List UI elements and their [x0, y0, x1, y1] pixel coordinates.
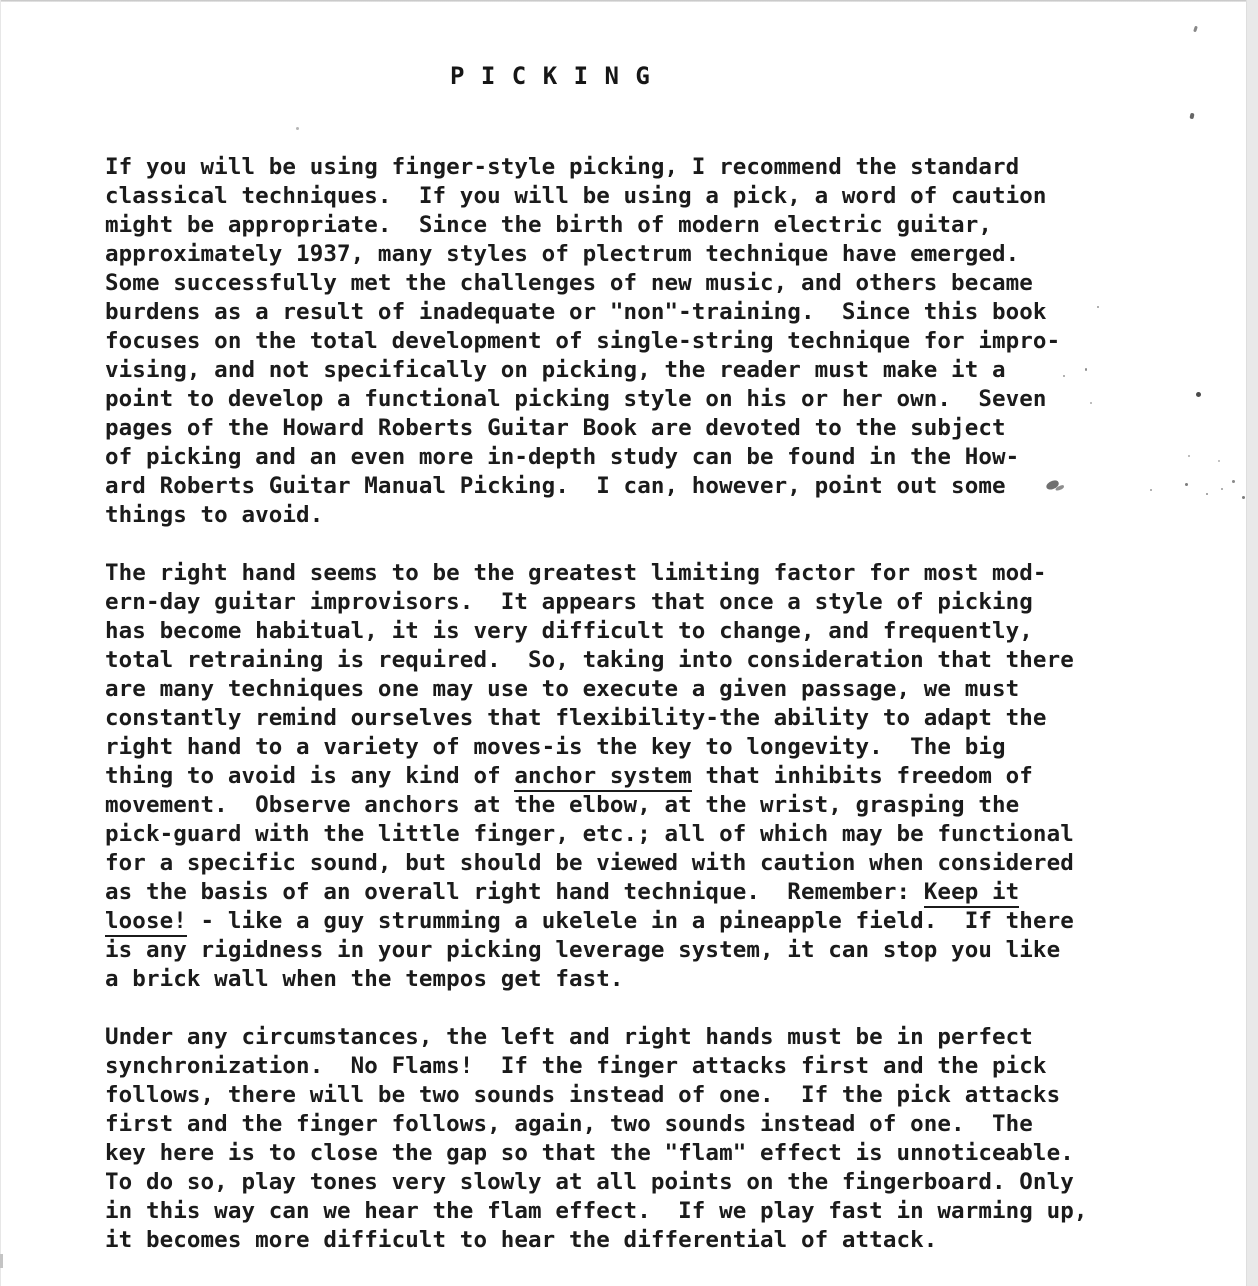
text-segment: follows, there will be two sounds instea…	[105, 1082, 1060, 1108]
text-line: it becomes more difficult to hear the di…	[105, 1226, 1165, 1255]
text-line: vising, and not specifically on picking,…	[105, 356, 1165, 385]
text-segment: ard Roberts Guitar Manual Picking. I can…	[105, 473, 1006, 499]
text-segment: it becomes more difficult to hear the di…	[105, 1227, 937, 1253]
document-body: If you will be using finger-style pickin…	[105, 153, 1165, 1284]
text-segment: might be appropriate. Since the birth of…	[105, 212, 992, 238]
text-segment: right hand to a variety of moves-is the …	[105, 734, 1006, 760]
text-line: might be appropriate. Since the birth of…	[105, 211, 1165, 240]
scan-speck	[1221, 488, 1223, 490]
text-segment: pick-guard with the little finger, etc.;…	[105, 821, 1074, 847]
text-segment: total retraining is required. So, taking…	[105, 647, 1074, 673]
text-line: loose! - like a guy strumming a ukelele …	[105, 907, 1165, 936]
scan-speck	[1090, 402, 1092, 404]
paragraph: If you will be using finger-style pickin…	[105, 153, 1165, 530]
scan-speck	[1063, 375, 1065, 377]
text-segment: Under any circumstances, the left and ri…	[105, 1024, 1033, 1050]
text-line: of picking and an even more in-depth stu…	[105, 443, 1165, 472]
text-segment: key here is to close the gap so that the…	[105, 1140, 1074, 1166]
text-line: movement. Observe anchors at the elbow, …	[105, 791, 1165, 820]
scan-speck	[1185, 483, 1188, 486]
paragraph: Under any circumstances, the left and ri…	[105, 1023, 1165, 1255]
text-line: pick-guard with the little finger, etc.;…	[105, 820, 1165, 849]
text-segment: classical techniques. If you will be usi…	[105, 183, 1047, 209]
text-segment: things to avoid.	[105, 502, 323, 528]
text-line: point to develop a functional picking st…	[105, 385, 1165, 414]
scan-corner-mark	[0, 1254, 3, 1268]
text-segment: for a specific sound, but should be view…	[105, 850, 1074, 876]
text-segment: To do so, play tones very slowly at all …	[105, 1169, 1074, 1195]
text-segment: Some successfully met the challenges of …	[105, 270, 1033, 296]
text-line: If you will be using finger-style pickin…	[105, 153, 1165, 182]
text-segment: If you will be using finger-style pickin…	[105, 154, 1019, 180]
text-line: Under any circumstances, the left and ri…	[105, 1023, 1165, 1052]
text-segment: vising, and not specifically on picking,…	[105, 357, 1006, 383]
text-segment: The right hand seems to be the greatest …	[105, 560, 1047, 586]
scan-speck	[1232, 480, 1235, 483]
text-segment: has become habitual, it is very difficul…	[105, 618, 1033, 644]
text-segment: ern-day guitar improvisors. It appears t…	[105, 589, 1033, 615]
scan-speck	[1085, 368, 1087, 371]
text-line: right hand to a variety of moves-is the …	[105, 733, 1165, 762]
scan-speck	[1097, 306, 1099, 308]
paragraph: The right hand seems to be the greatest …	[105, 559, 1165, 994]
scanned-document-page: P I C K I N G If you will be using finge…	[0, 0, 1258, 1286]
scan-speck	[1150, 489, 1152, 491]
text-line: has become habitual, it is very difficul…	[105, 617, 1165, 646]
text-line: The right hand seems to be the greatest …	[105, 559, 1165, 588]
scan-speck	[1188, 455, 1190, 457]
scan-speck	[1196, 392, 1201, 397]
text-segment: - like a guy strumming a ukelele in a pi…	[187, 908, 1074, 934]
text-segment: as the basis of an overall right hand te…	[105, 879, 924, 905]
underlined-text: Keep it	[924, 879, 1020, 908]
text-segment: in this way can we hear the flam effect.…	[105, 1198, 1088, 1224]
text-line: ern-day guitar improvisors. It appears t…	[105, 588, 1165, 617]
page-title: P I C K I N G	[450, 62, 651, 90]
text-segment: movement. Observe anchors at the elbow, …	[105, 792, 1019, 818]
text-line: ard Roberts Guitar Manual Picking. I can…	[105, 472, 1165, 501]
text-line: focuses on the total development of sing…	[105, 327, 1165, 356]
scan-right-edge	[1246, 0, 1258, 1286]
scan-speck	[1193, 26, 1198, 33]
text-line: first and the finger follows, again, two…	[105, 1110, 1165, 1139]
text-line: constantly remind ourselves that flexibi…	[105, 704, 1165, 733]
text-line: approximately 1937, many styles of plect…	[105, 240, 1165, 269]
text-segment: are many techniques one may use to execu…	[105, 676, 1019, 702]
scan-speck	[296, 127, 299, 130]
text-segment: that inhibits freedom of	[692, 763, 1033, 789]
scan-speck	[1242, 496, 1245, 499]
text-line: things to avoid.	[105, 501, 1165, 530]
scan-speck	[1206, 493, 1208, 495]
text-line: a brick wall when the tempos get fast.	[105, 965, 1165, 994]
text-line: are many techniques one may use to execu…	[105, 675, 1165, 704]
text-segment: burdens as a result of inadequate or "no…	[105, 299, 1047, 325]
text-segment: thing to avoid is any kind of	[105, 763, 514, 789]
text-line: is any rigidness in your picking leverag…	[105, 936, 1165, 965]
text-line: Some successfully met the challenges of …	[105, 269, 1165, 298]
text-segment: approximately 1937, many styles of plect…	[105, 241, 1019, 267]
scan-speck	[1189, 113, 1194, 120]
text-line: total retraining is required. So, taking…	[105, 646, 1165, 675]
underlined-text: loose!	[105, 908, 187, 937]
text-line: classical techniques. If you will be usi…	[105, 182, 1165, 211]
text-line: as the basis of an overall right hand te…	[105, 878, 1165, 907]
text-segment: synchronization. No Flams! If the finger…	[105, 1053, 1047, 1079]
text-line: burdens as a result of inadequate or "no…	[105, 298, 1165, 327]
text-line: synchronization. No Flams! If the finger…	[105, 1052, 1165, 1081]
text-line: key here is to close the gap so that the…	[105, 1139, 1165, 1168]
text-segment: a brick wall when the tempos get fast.	[105, 966, 624, 992]
text-line: follows, there will be two sounds instea…	[105, 1081, 1165, 1110]
text-line: in this way can we hear the flam effect.…	[105, 1197, 1165, 1226]
scan-speck	[1218, 460, 1220, 462]
text-segment: first and the finger follows, again, two…	[105, 1111, 1033, 1137]
text-segment: focuses on the total development of sing…	[105, 328, 1060, 354]
text-line: thing to avoid is any kind of anchor sys…	[105, 762, 1165, 791]
text-segment: point to develop a functional picking st…	[105, 386, 1047, 412]
text-segment: is any rigidness in your picking leverag…	[105, 937, 1060, 963]
text-line: for a specific sound, but should be view…	[105, 849, 1165, 878]
scan-left-edge	[0, 0, 1, 1286]
text-segment: of picking and an even more in-depth stu…	[105, 444, 1019, 470]
text-segment: pages of the Howard Roberts Guitar Book …	[105, 415, 1006, 441]
text-line: To do so, play tones very slowly at all …	[105, 1168, 1165, 1197]
text-segment: constantly remind ourselves that flexibi…	[105, 705, 1047, 731]
text-line: pages of the Howard Roberts Guitar Book …	[105, 414, 1165, 443]
scan-top-edge	[0, 0, 1258, 2]
underlined-text: anchor system	[514, 763, 691, 792]
